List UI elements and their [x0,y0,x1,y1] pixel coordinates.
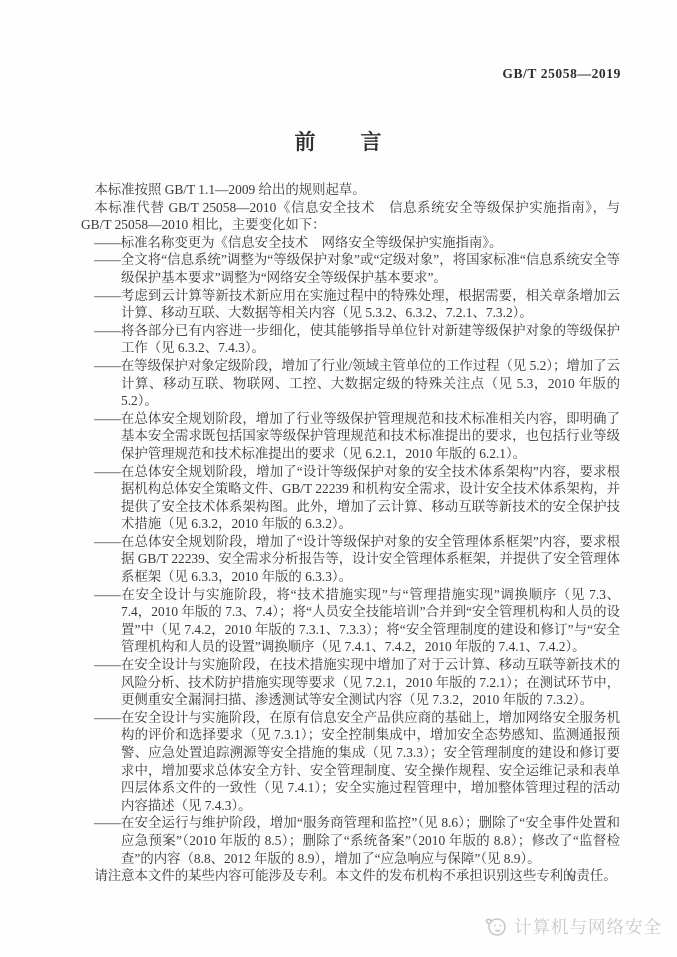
bullet-dash: —— [94,252,121,267]
mascot-logo-icon [483,915,509,939]
bullet-dash: —— [94,235,121,250]
change-list: ——标准名称变更为《信息安全技术 网络安全等级保护实施指南》。——全文将“信息系… [81,234,620,867]
change-text: 在总体安全规划阶段，增加了行业等级保护管理规范和技术标准相关内容，即明确了基本安… [121,411,620,461]
change-list-item: ——将各部分已有内容进一步细化，使其能够指导单位针对新建等级保护对象的等级保护工… [81,322,620,357]
bullet-dash: —— [94,657,121,672]
bullet-dash: —— [94,815,121,830]
change-list-item: ——全文将“信息系统”调整为“等级保护对象”或“定级对象”，将国家标准“信息系统… [81,251,620,286]
document-page: GB/T 25058—2019 前 言 本标准按照 GB/T 1.1—2009 … [0,0,677,957]
change-text: 在安全设计与实施阶段，将“技术措施实现”与“管理措施实现”调换顺序（见 7.3、… [121,587,620,655]
bullet-dash: —— [94,534,121,549]
change-text: 在安全设计与实施阶段，在技术措施实现中增加了对于云计算、移动互联等新技术的风险分… [121,657,620,707]
change-text: 将各部分已有内容进一步细化，使其能够指导单位针对新建等级保护对象的等级保护工作（… [121,323,620,356]
change-text: 全文将“信息系统”调整为“等级保护对象”或“定级对象”，将国家标准“信息系统安全… [121,252,620,285]
change-list-item: ——考虑到云计算等新技术新应用在实施过程中的特殊处理，根据需要，相关章条增加云计… [81,287,620,322]
standard-code: GB/T 25058—2019 [502,66,621,82]
page-number: V [567,869,576,885]
change-text: 在总体安全规划阶段，增加了“设计等级保护对象的安全管理体系框架”内容，要求根据 … [121,534,620,584]
document-body: 本标准按照 GB/T 1.1—2009 给出的规则起草。 本标准代替 GB/T … [81,181,620,885]
watermark-text: 计算机与网络安全 [514,914,662,939]
change-text: 在等级保护对象定级阶段，增加了行业/领域主管单位的工作过程（见 5.2）；增加了… [121,358,620,408]
change-list-item: ——在总体安全规划阶段，增加了行业等级保护管理规范和技术标准相关内容，即明确了基… [81,410,620,463]
change-text: 标准名称变更为《信息安全技术 网络安全等级保护实施指南》。 [121,235,503,250]
change-list-item: ——在等级保护对象定级阶段，增加了行业/领域主管单位的工作过程（见 5.2）；增… [81,357,620,410]
bullet-dash: —— [94,710,121,725]
change-text: 在安全运行与维护阶段，增加“服务商管理和监控”（见 8.6）；删除了“安全事件处… [121,815,620,865]
change-list-item: ——在安全运行与维护阶段，增加“服务商管理和监控”（见 8.6）；删除了“安全事… [81,814,620,867]
change-text: 在总体安全规划阶段，增加了“设计等级保护对象的安全技术体系架构”内容，要求根据机… [121,464,620,532]
bullet-dash: —— [94,411,121,426]
change-text: 在安全设计与实施阶段，在原有信息安全产品供应商的基础上，增加网络安全服务机构的评… [121,710,620,813]
bullet-dash: —— [94,288,121,303]
bullet-dash: —— [94,323,121,338]
change-list-item: ——在总体安全规划阶段，增加了“设计等级保护对象的安全技术体系架构”内容，要求根… [81,463,620,533]
bullet-dash: —— [94,587,121,602]
change-list-item: ——在安全设计与实施阶段，在技术措施实现中增加了对于云计算、移动互联等新技术的风… [81,656,620,709]
paragraph-drafting-rule: 本标准按照 GB/T 1.1—2009 给出的规则起草。 [81,181,620,199]
change-list-item: ——在安全设计与实施阶段，将“技术措施实现”与“管理措施实现”调换顺序（见 7.… [81,586,620,656]
change-list-item: ——在总体安全规划阶段，增加了“设计等级保护对象的安全管理体系框架”内容，要求根… [81,533,620,586]
paragraph-replacement-intro: 本标准代替 GB/T 25058—2010《信息安全技术 信息系统安全等级保护实… [81,199,620,234]
change-text: 考虑到云计算等新技术新应用在实施过程中的特殊处理，根据需要，相关章条增加云计算、… [121,288,620,321]
bullet-dash: —— [94,464,121,479]
change-list-item: ——在安全设计与实施阶段，在原有信息安全产品供应商的基础上，增加网络安全服务机构… [81,709,620,815]
page-title: 前 言 [0,126,677,156]
change-list-item: ——标准名称变更为《信息安全技术 网络安全等级保护实施指南》。 [81,234,620,252]
watermark: 计算机与网络安全 [483,914,662,939]
bullet-dash: —— [94,358,121,373]
patent-note: 请注意本文件的某些内容可能涉及专利。本文件的发布机构不承担识别这些专利的责任。 [81,867,620,885]
